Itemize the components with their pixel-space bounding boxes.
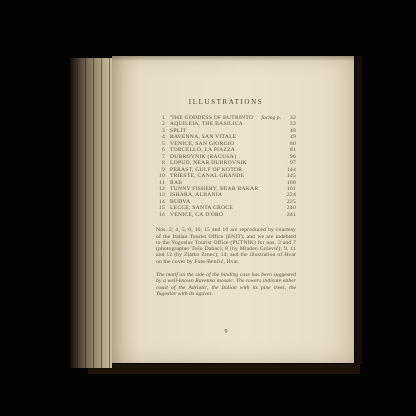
page-edge-lines <box>70 58 112 368</box>
book-cover-right-edge <box>355 56 362 364</box>
entry-caption: VENICE, CÀ D'ORO <box>170 212 284 218</box>
page-top-shadow <box>112 56 354 61</box>
illustrations-list: 1'THE GODDESS OF BUTRINTO'facing p.322AQ… <box>156 115 296 218</box>
page-text-block: ILLUSTRATIONS 1'THE GODDESS OF BUTRINTO'… <box>156 98 296 335</box>
credits-paragraph: Nos. 2, 4, 5, 6, 10, 15 and 16 are repro… <box>156 227 296 265</box>
page-number: 9 <box>156 329 296 335</box>
entry-number: 16 <box>156 212 165 218</box>
page-heading: ILLUSTRATIONS <box>156 98 296 106</box>
entry-page-number: 241 <box>284 212 296 218</box>
list-item: 16VENICE, CÀ D'ORO241 <box>156 212 296 218</box>
book-photo: ILLUSTRATIONS 1'THE GODDESS OF BUTRINTO'… <box>0 0 416 416</box>
book-cover-bottom-edge <box>88 364 360 374</box>
right-page: ILLUSTRATIONS 1'THE GODDESS OF BUTRINTO'… <box>112 56 354 363</box>
open-book: ILLUSTRATIONS 1'THE GODDESS OF BUTRINTO'… <box>58 56 360 372</box>
left-page-edges <box>70 58 112 368</box>
binding-note: The motif on the side of the binding cas… <box>156 272 296 297</box>
